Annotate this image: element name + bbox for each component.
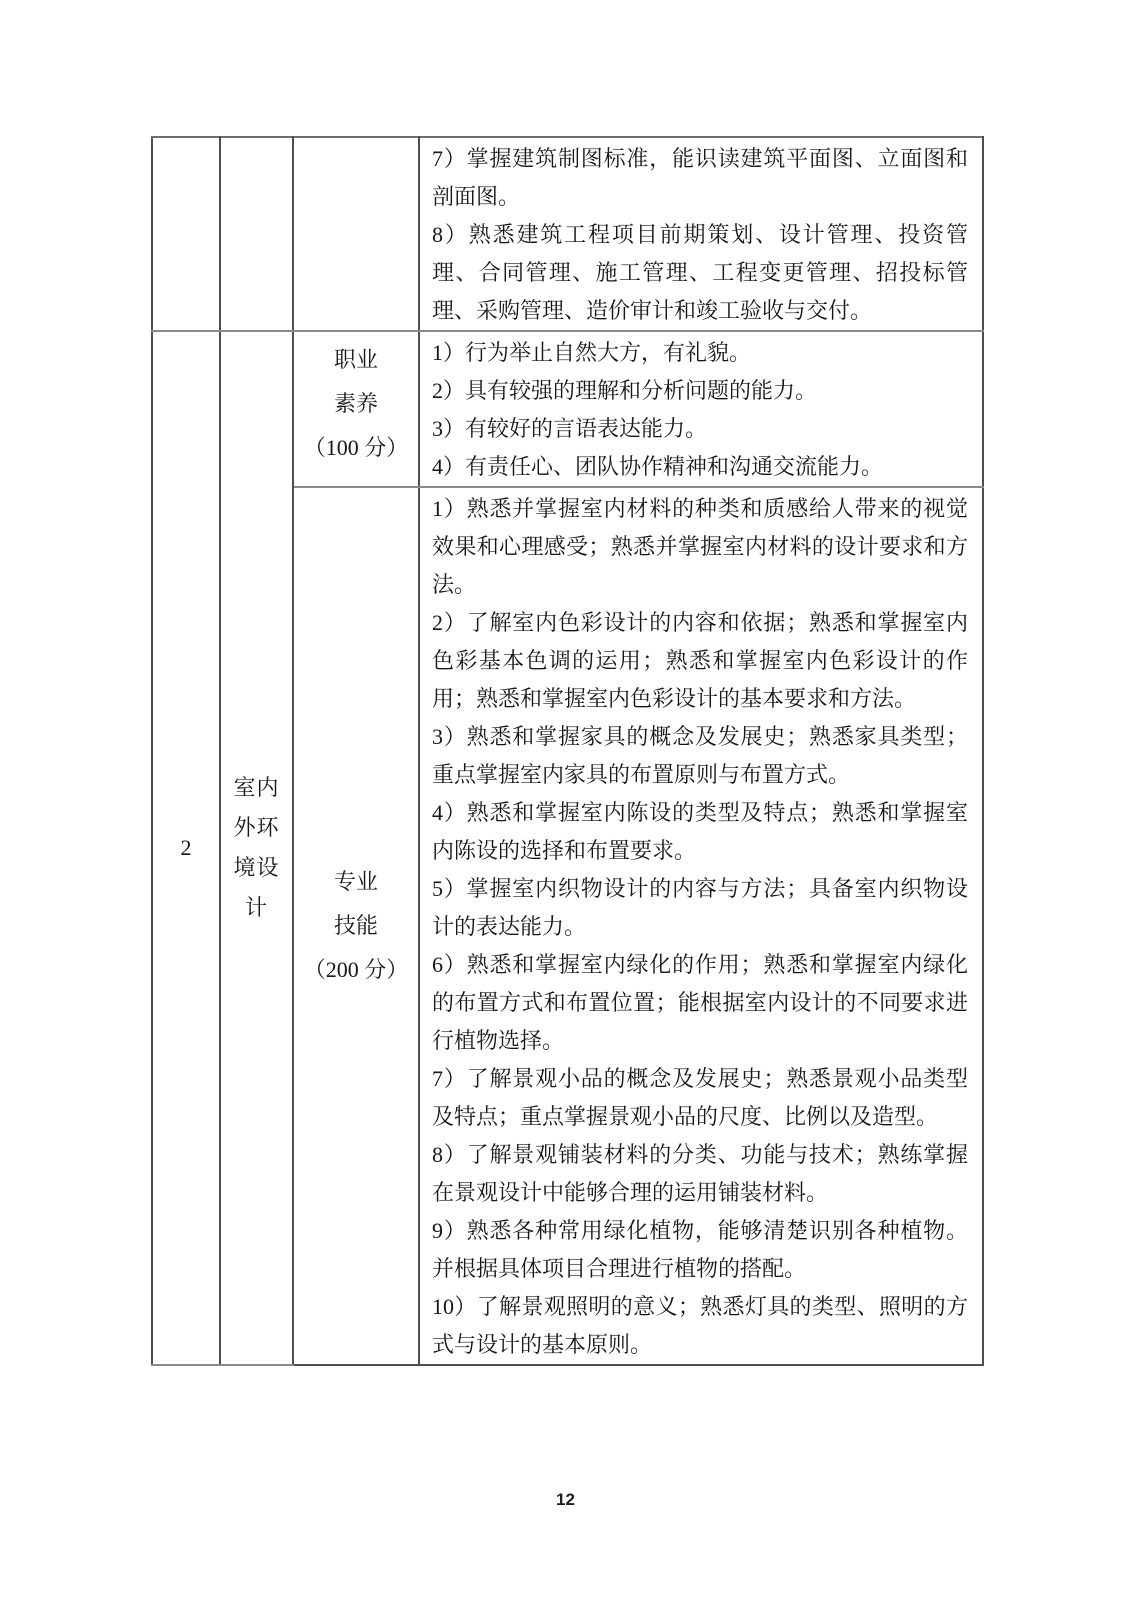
cell-empty-section xyxy=(293,137,419,331)
requirement-item: 7）了解景观小品的概念及发展史；熟悉景观小品类型及特点；重点掌握景观小品的尺度、… xyxy=(432,1060,968,1136)
cell-skill-requirements: 1）熟悉并掌握室内材料的种类和质感给人带来的视觉效果和心理感受；熟悉并掌握室内材… xyxy=(419,487,983,1365)
document-page: 7）掌握建筑制图标准，能识读建筑平面图、立面图和剖面图。 8）熟悉建筑工程项目前… xyxy=(0,0,1131,1600)
page-number: 12 xyxy=(0,1490,1131,1510)
cell-empty-index xyxy=(152,137,220,331)
table-row-continuation: 7）掌握建筑制图标准，能识读建筑平面图、立面图和剖面图。 8）熟悉建筑工程项目前… xyxy=(152,137,983,331)
requirement-item: 9）熟悉各种常用绿化植物，能够清楚识别各种植物。并根据具体项目合理进行植物的搭配… xyxy=(432,1212,968,1288)
requirement-item: 6）熟悉和掌握室内绿化的作用；熟悉和掌握室内绿化的布置方式和布置位置；能根据室内… xyxy=(432,946,968,1060)
cell-empty-category xyxy=(220,137,293,331)
cell-category: 室内外环境设计 xyxy=(220,331,293,1365)
section-name-line: 职业 xyxy=(294,338,418,382)
requirement-item: 2）具有较强的理解和分析问题的能力。 xyxy=(432,372,968,410)
requirement-item: 1）行为举止自然大方，有礼貌。 xyxy=(432,334,968,372)
requirement-item: 1）熟悉并掌握室内材料的种类和质感给人带来的视觉效果和心理感受；熟悉并掌握室内材… xyxy=(432,490,968,604)
requirement-item: 4）熟悉和掌握室内陈设的类型及特点；熟悉和掌握室内陈设的选择和布置要求。 xyxy=(432,794,968,870)
requirements-table: 7）掌握建筑制图标准，能识读建筑平面图、立面图和剖面图。 8）熟悉建筑工程项目前… xyxy=(151,136,984,1366)
cell-continued-requirements: 7）掌握建筑制图标准，能识读建筑平面图、立面图和剖面图。 8）熟悉建筑工程项目前… xyxy=(419,137,983,331)
category-label: 室内外环境设计 xyxy=(233,768,281,928)
requirement-item: 8）了解景观铺装材料的分类、功能与技术；熟练掌握在景观设计中能够合理的运用铺装材… xyxy=(432,1136,968,1212)
section-score-label: （100 分） xyxy=(294,426,418,470)
requirement-item: 4）有责任心、团队协作精神和沟通交流能力。 xyxy=(432,448,968,486)
table-row-professional-quality: 2 室内外环境设计 职业 素养 （100 分） 1）行为举止自然大方，有礼貌。 … xyxy=(152,331,983,487)
cell-section-name-quality: 职业 素养 （100 分） xyxy=(293,331,419,487)
requirement-item: 7）掌握建筑制图标准，能识读建筑平面图、立面图和剖面图。 xyxy=(432,140,968,216)
requirement-item: 3）有较好的言语表达能力。 xyxy=(432,410,968,448)
section-score-label: （200 分） xyxy=(294,948,418,992)
cell-row-number: 2 xyxy=(152,331,220,1365)
section-name-line: 专业 xyxy=(294,860,418,904)
section-name-line: 技能 xyxy=(294,904,418,948)
cell-quality-requirements: 1）行为举止自然大方，有礼貌。 2）具有较强的理解和分析问题的能力。 3）有较好… xyxy=(419,331,983,487)
requirement-item: 5）掌握室内织物设计的内容与方法；具备室内织物设计的表达能力。 xyxy=(432,870,968,946)
requirement-item: 8）熟悉建筑工程项目前期策划、设计管理、投资管理、合同管理、施工管理、工程变更管… xyxy=(432,216,968,330)
requirement-item: 2）了解室内色彩设计的内容和依据；熟悉和掌握室内色彩基本色调的运用；熟悉和掌握室… xyxy=(432,604,968,718)
section-name-line: 素养 xyxy=(294,382,418,426)
cell-section-name-skill: 专业 技能 （200 分） xyxy=(293,487,419,1365)
requirement-item: 3）熟悉和掌握家具的概念及发展史；熟悉家具类型；重点掌握室内家具的布置原则与布置… xyxy=(432,718,968,794)
requirement-item: 10）了解景观照明的意义；熟悉灯具的类型、照明的方式与设计的基本原则。 xyxy=(432,1288,968,1364)
